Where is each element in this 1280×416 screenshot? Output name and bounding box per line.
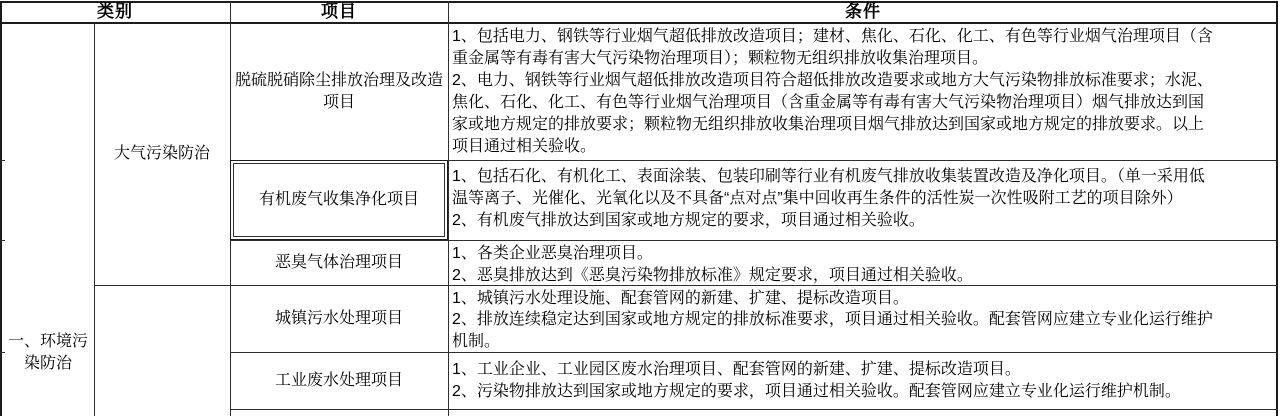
header-cell-project: 项目 <box>230 2 448 22</box>
project-label: 工业废水处理项目 <box>275 370 403 392</box>
table-right-border <box>1276 1 1278 416</box>
header-cell-condition: 条件 <box>448 2 1278 22</box>
condition-cell-urban-sewage[interactable]: 1、城镇污水处理设施、配套管网的新建、扩建、提标改造项目。 2、排放连续稳定达到… <box>452 288 1274 352</box>
column-separator-condition <box>448 1 449 416</box>
subcategory-air-label: 大气污染防治 <box>114 143 210 165</box>
condition-cell-organic-waste-gas[interactable]: 1、包括石化、有机化工、表面涂装、包装印刷等行业有机废气排放收集装置改造及净化项… <box>452 166 1274 232</box>
project-label: 脱硫脱硝除尘排放治理及改造 项目 <box>235 70 443 114</box>
project-cell-organic-waste-gas[interactable]: 有机废气收集净化项目 <box>231 161 447 239</box>
project-label: 有机废气收集净化项目 <box>259 189 419 211</box>
subcategory-cell-air[interactable]: 大气污染防治 <box>95 24 229 284</box>
header-condition-label: 条件 <box>845 2 881 22</box>
project-label: 城镇污水处理项目 <box>275 308 403 330</box>
subcategory-cell-water[interactable] <box>95 286 229 416</box>
condition-cell-desulfurization[interactable]: 1、包括电力、钢铁等行业烟气超低排放改造项目；建材、焦化、石化、化工、有色等行业… <box>452 26 1274 158</box>
condition-cell-industrial-wastewater[interactable]: 1、工业企业、工业园区废水治理项目、配套管网的新建、扩建、提标改造项目。 2、污… <box>452 359 1274 403</box>
project-cell-industrial-wastewater[interactable]: 工业废水处理项目 <box>231 353 447 408</box>
project-label: 恶臭气体治理项目 <box>275 252 403 274</box>
project-cell-urban-sewage[interactable]: 城镇污水处理项目 <box>231 286 447 351</box>
header-project-label: 项目 <box>321 2 357 22</box>
category-cell-main[interactable]: 一、环境污 染防治 <box>1 24 93 416</box>
header-category-label: 类别 <box>97 2 133 22</box>
category-main-label: 一、环境污 染防治 <box>3 331 93 375</box>
condition-cell-odor-treatment[interactable]: 1、各类企业恶臭治理项目。 2、恶臭排放达到《恶臭污染物排放标准》规定要求，项目… <box>452 243 1274 287</box>
header-cell-category: 类别 <box>0 2 230 22</box>
project-cell-odor-treatment[interactable]: 恶臭气体治理项目 <box>231 241 447 284</box>
next-row-partial <box>231 410 1277 416</box>
project-cell-desulfurization[interactable]: 脱硫脱硝除尘排放治理及改造 项目 <box>231 24 447 159</box>
document-table: 类别 项目 条件 一、环境污 染防治 大气污染防治 脱硫脱硝除尘排放治理及改造 … <box>0 0 1280 416</box>
